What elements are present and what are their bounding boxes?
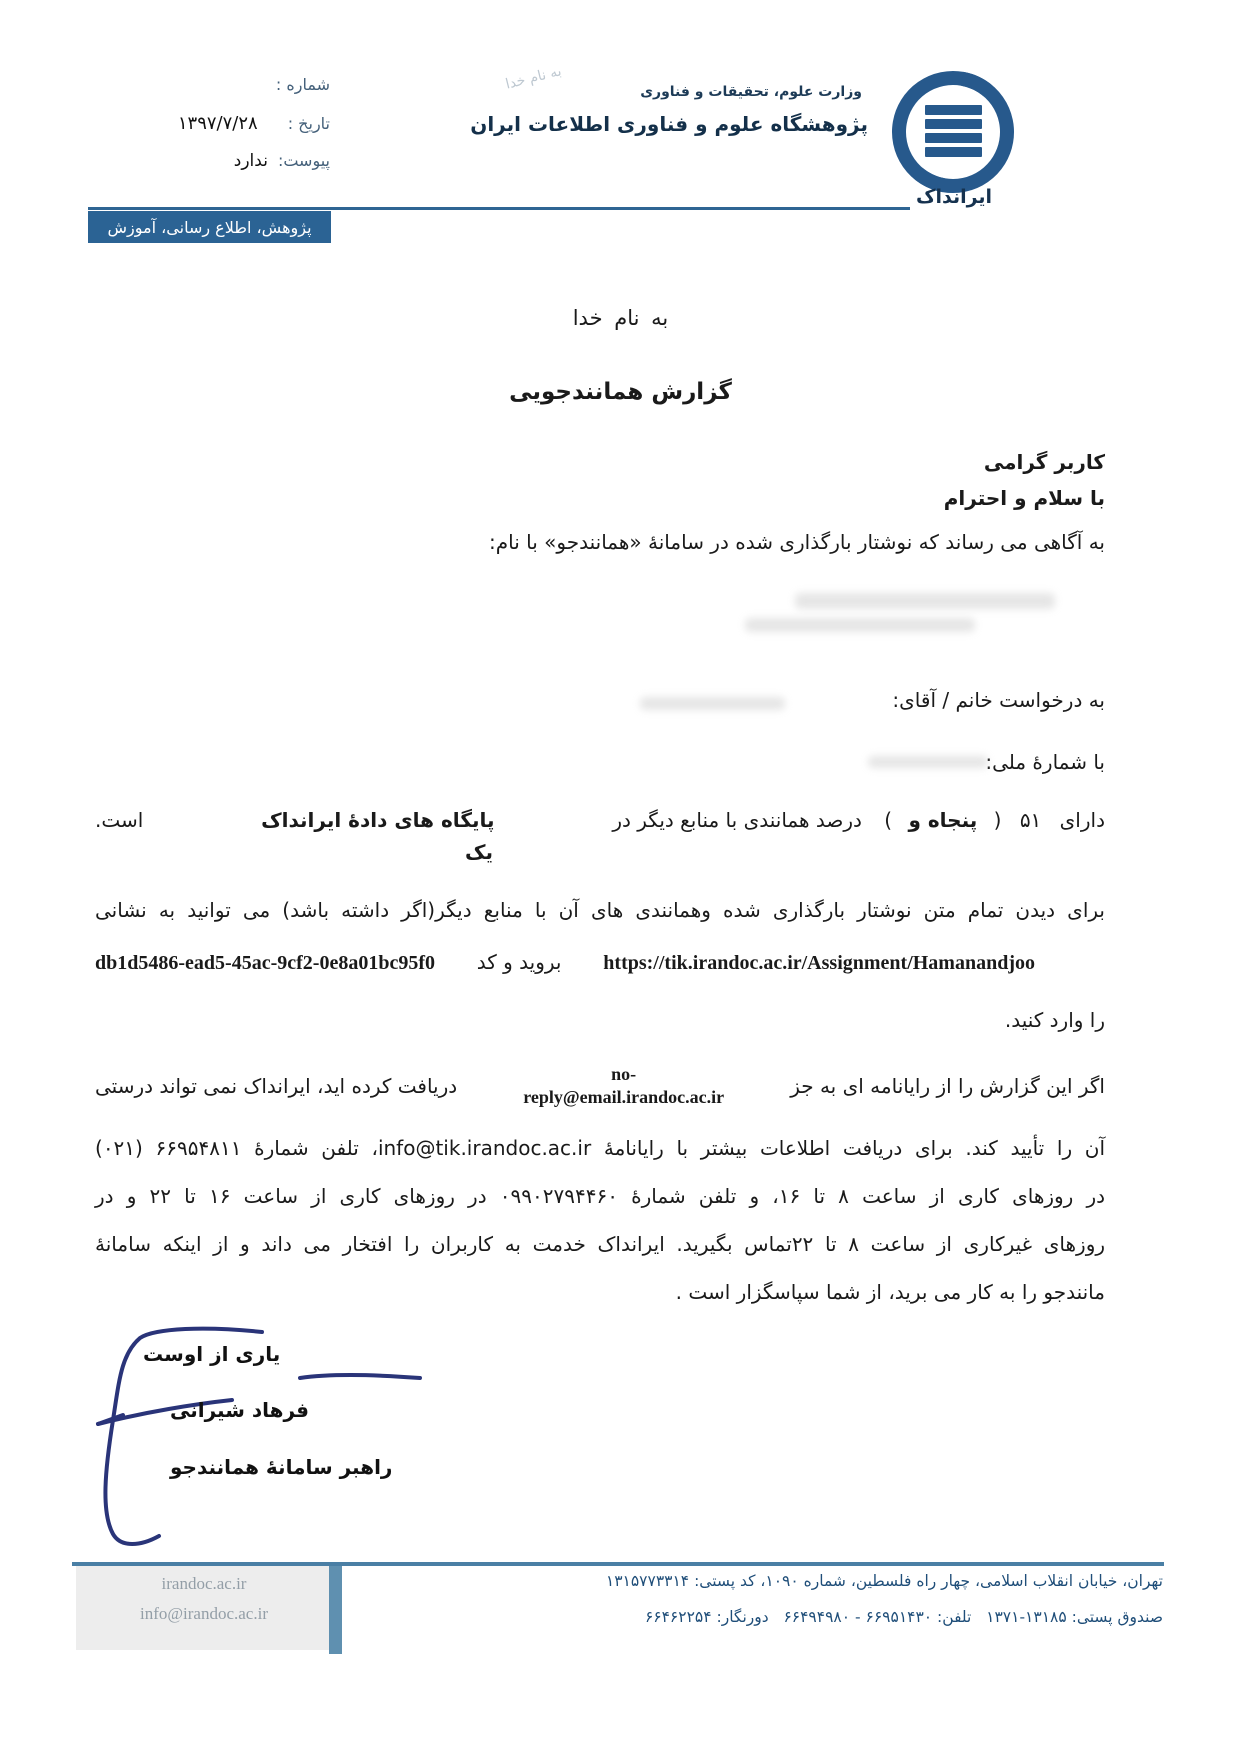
redacted-national-id (868, 756, 988, 768)
hamanandjoo-url-link[interactable]: https://tik.irandoc.ac.ir/Assignment/Ham… (603, 951, 1035, 976)
similarity-line: دارای ۵۱ ( پنجاه و ) درصد همانندی با منا… (95, 808, 1105, 833)
ref-number-row: شماره : (250, 75, 330, 94)
date-label: تاریخ : (288, 114, 330, 133)
salutation-greeting: با سلام و احترام (944, 486, 1105, 511)
signature-role: راهبر سامانهٔ همانندجو (170, 1455, 392, 1479)
similarity-paren-close: ) (884, 808, 892, 832)
similarity-database-name: پایگاه های دادهٔ ایرانداک (261, 808, 494, 833)
email-disclaimer-line2: آن را تأیید کند. برای دریافت اطلاعات بیش… (95, 1136, 1105, 1161)
similarity-percent-words-wrap: یک (465, 840, 493, 865)
salutation-dear-user: کاربر گرامی (984, 450, 1105, 475)
bismillah-calligraphy-small: به نام خدا (504, 63, 563, 92)
email-disclaimer-line3: در روزهای کاری از ساعت ۸ تا ۱۶، و تلفن ش… (95, 1184, 1105, 1209)
email-disclaimer-line4: روزهای غیرکاری از ساعت ۸ تا ۲۲تماس بگیری… (95, 1232, 1105, 1257)
disclaimer-part1: اگر این گزارش را از رایانامه ای به جز (790, 1074, 1105, 1099)
enter-code-line: را وارد کنید. (1005, 1008, 1105, 1033)
letter-page: شماره : تاریخ : ۱۳۹۷/۷/۲۸ پیوست: ندارد ب… (0, 0, 1241, 1753)
bismillah-line: به نام خدا (0, 305, 1241, 331)
similarity-word-ast: است. (95, 808, 143, 833)
intro-line: به آگاهی می رساند که نوشتار بارگذاری شده… (489, 530, 1105, 555)
date-row: تاریخ : ۱۳۹۷/۷/۲۸ (178, 113, 330, 134)
attachment-label: پیوست: (278, 151, 330, 170)
irandoc-logo (878, 60, 1028, 205)
redacted-document-title-1 (795, 593, 1055, 609)
footer-contacts: صندوق پستی: ۱۳۱۸۵-۱۳۷۱ تلفن: ۶۶۹۵۱۴۳۰ - … (645, 1608, 1163, 1626)
go-with-code-text: بروید و کد (477, 950, 562, 975)
noreply-email-line1: no- (523, 1063, 724, 1086)
attachment-value: ندارد (234, 151, 268, 171)
similarity-percent-words: پنجاه و (908, 808, 977, 832)
redacted-requester-name (640, 697, 785, 710)
disclaimer-part2: دریافت کرده اید، ایرانداک نمی تواند درست… (95, 1074, 457, 1099)
ministry-name: وزارت علوم، تحقیقات و فناوری (640, 84, 862, 100)
report-title: گزارش همانندجویی (0, 378, 1241, 407)
request-line: به درخواست خانم / آقای: (892, 688, 1105, 713)
footer-left-box: irandoc.ac.ir info@irandoc.ac.ir (76, 1566, 332, 1650)
footer-website-link[interactable]: irandoc.ac.ir (76, 1574, 332, 1594)
signature-name: فرهاد شیرانی (170, 1398, 309, 1422)
date-value: ۱۳۹۷/۷/۲۸ (178, 113, 258, 134)
ref-number-label: شماره : (276, 75, 330, 94)
email-disclaimer-line1: اگر این گزارش را از رایانامه ای به جز no… (95, 1063, 1105, 1110)
verification-code: db1d5486-ead5-45ac-9cf2-0e8a01bc95f0 (95, 951, 435, 976)
noreply-email-address[interactable]: no-reply@email.irandoc.ac.ir (523, 1063, 724, 1110)
similarity-right-segment: دارای ۵۱ ( پنجاه و ) درصد همانندی با منا… (612, 808, 1105, 833)
irandoc-wordmark: ایرانداک (916, 186, 992, 208)
footer-email-link[interactable]: info@irandoc.ac.ir (76, 1604, 332, 1624)
url-code-line: https://tik.irandoc.ac.ir/Assignment/Ham… (95, 950, 1105, 976)
similarity-paren-open: ( (994, 808, 1002, 832)
institute-name: پژوهشگاه علوم و فناوری اطلاعات ایران (470, 112, 868, 136)
noreply-email-line2: reply@email.irandoc.ac.ir (523, 1086, 724, 1109)
similarity-middle-text: درصد همانندی با منابع دیگر در (612, 808, 862, 832)
footer-address: تهران، خیابان انقلاب اسلامی، چهار راه فل… (606, 1572, 1163, 1590)
redacted-document-title-2 (745, 618, 975, 632)
signature-motto: یاری از اوست (143, 1342, 280, 1366)
email-disclaimer-line5: مانندجو را به کار می برید، از شما سپاسگز… (676, 1280, 1105, 1305)
attachment-row: پیوست: ندارد (234, 151, 330, 171)
header-banner: پژوهش، اطلاع رسانی، آموزش (88, 211, 331, 243)
similarity-word-daraye: دارای (1060, 808, 1105, 832)
similarity-percent-value: ۵۱ (1020, 808, 1041, 832)
footer-divider-bar (329, 1566, 342, 1654)
view-instruction-line: برای دیدن تمام متن نوشتار بارگذاری شده و… (95, 898, 1105, 923)
header-rule (88, 207, 910, 210)
national-id-line: با شمارهٔ ملی: (985, 750, 1105, 775)
